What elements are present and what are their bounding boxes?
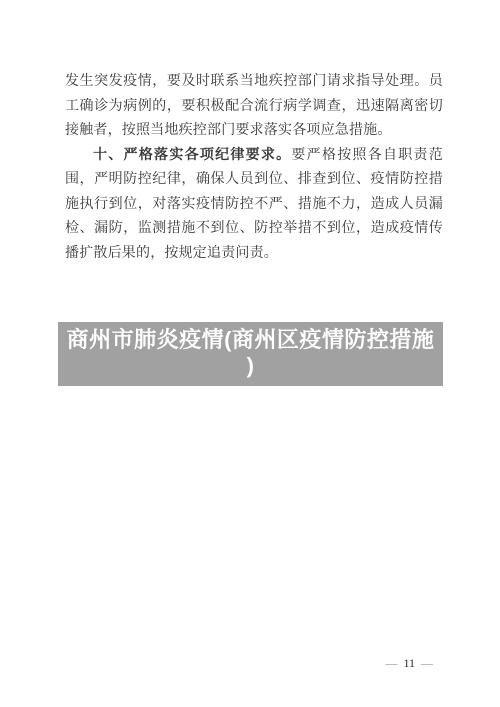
footer-dash-right: —: [421, 656, 433, 670]
paragraph-item-text: 要严格按照各自职责范围，严明防控纪律，确保人员到位、排查到位、疫情防控措施执行到…: [65, 148, 443, 261]
paragraph-item-10: 十、严格落实各项纪律要求。要严格按照各自职责范围，严明防控纪律，确保人员到位、排…: [65, 144, 443, 267]
title-banner-line-1: 商州市肺炎疫情(商州区疫情防控措施: [58, 327, 443, 353]
paragraph-continuation: 发生突发疫情，要及时联系当地疾控部门请求指导处理。员工确诊为病例的，要积极配合流…: [65, 70, 443, 144]
title-banner-line-2: ): [58, 353, 443, 379]
document-page: 发生突发疫情，要及时联系当地疾控部门请求指导处理。员工确诊为病例的，要积极配合流…: [0, 0, 500, 707]
title-banner: 商州市肺炎疫情(商州区疫情防控措施 ): [58, 322, 443, 386]
footer-dash-left: —: [385, 656, 397, 670]
page-number: 11: [403, 656, 415, 670]
page-footer: —11—: [385, 655, 433, 671]
document-body: 发生突发疫情，要及时联系当地疾控部门请求指导处理。员工确诊为病例的，要积极配合流…: [65, 70, 443, 266]
paragraph-lead-bold: 十、严格落实各项纪律要求。: [93, 148, 291, 163]
